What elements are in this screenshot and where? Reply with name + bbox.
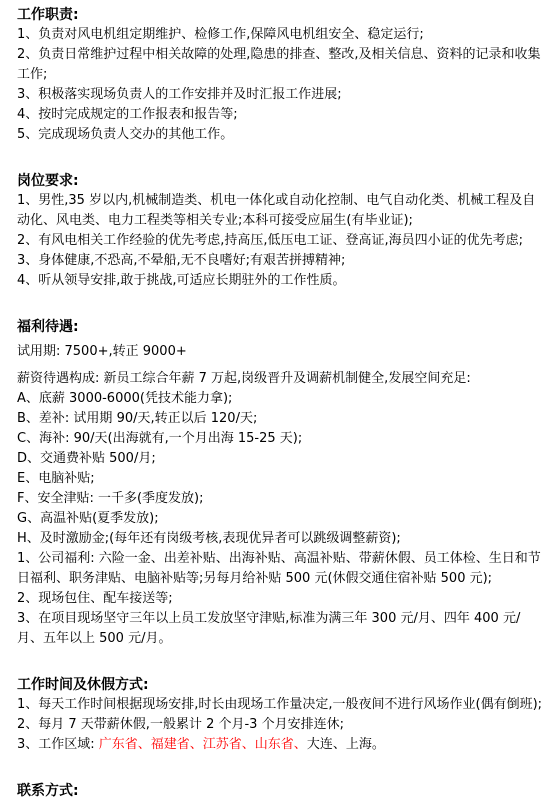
salary-composition-line: 薪资待遇构成: 新员工综合年薪 7 万起,岗级晋升及调薪机制健全,发展空间充足: (17, 369, 546, 389)
allowance-item: B、差补: 试用期 90/天,转正以后 120/天; (17, 409, 546, 429)
schedule-line: 1、每天工作时间根据现场安排,时长由现场工作量决定,一般夜间不进行风场作业(偶有… (17, 695, 546, 715)
job-duty-line: 5、完成现场负责人交办的其他工作。 (17, 125, 546, 145)
contact-heading: 联系方式: (17, 781, 546, 801)
job-duty-line: 1、负责对风电机组定期维护、检修工作,保障风电机组安全、稳定运行; (17, 25, 546, 45)
work-region-highlight: 广东省、福建省、江苏省、山东省、 (99, 737, 307, 752)
section-benefits: 福利待遇: 试用期: 7500+,转正 9000+ 薪资待遇构成: 新员工综合年… (17, 317, 546, 649)
section-job-duties: 工作职责: 1、负责对风电机组定期维护、检修工作,保障风电机组安全、稳定运行; … (17, 5, 546, 145)
job-duty-line: 4、按时完成规定的工作报表和报告等; (17, 105, 546, 125)
work-region-prefix: 3、工作区域: (17, 737, 99, 752)
job-duty-line: 3、积极落实现场负责人的工作安排并及时汇报工作进展; (17, 85, 546, 105)
job-posting-document: 工作职责: 1、负责对风电机组定期维护、检修工作,保障风电机组安全、稳定运行; … (0, 0, 558, 801)
schedule-line: 2、每月 7 天带薪休假,一般累计 2 个月-3 个月安排连休; (17, 715, 546, 735)
requirement-line: 1、男性,35 岁以内,机械制造类、机电一体化或自动化控制、电气自动化类、机械工… (17, 191, 546, 231)
section-schedule: 工作时间及休假方式: 1、每天工作时间根据现场安排,时长由现场工作量决定,一般夜… (17, 675, 546, 755)
allowance-item: A、底薪 3000-6000(凭技术能力拿); (17, 389, 546, 409)
work-region-suffix: 大连、上海。 (307, 737, 385, 752)
requirement-line: 3、身体健康,不恐高,不晕船,无不良嗜好;有艰苦拼搏精神; (17, 251, 546, 271)
job-duty-line: 2、负责日常维护过程中相关故障的处理,隐患的排查、整改,及相关信息、资料的记录和… (17, 45, 546, 85)
salary-line: 试用期: 7500+,转正 9000+ (17, 342, 546, 362)
allowance-item: C、海补: 90/天(出海就有,一个月出海 15-25 天); (17, 429, 546, 449)
requirements-heading: 岗位要求: (17, 171, 546, 191)
section-contact: 联系方式: (17, 781, 546, 801)
allowance-item: H、及时激励金;(每年还有岗级考核,表现优异者可以跳级调整薪资); (17, 529, 546, 549)
requirement-line: 4、听从领导安排,敢于挑战,可适应长期驻外的工作性质。 (17, 271, 546, 291)
welfare-item: 3、在项目现场坚守三年以上员工发放坚守津贴,标准为满三年 300 元/月、四年 … (17, 609, 546, 649)
allowance-item: F、安全津贴: 一千多(季度发放); (17, 489, 546, 509)
schedule-heading: 工作时间及休假方式: (17, 675, 546, 695)
benefits-heading: 福利待遇: (17, 317, 546, 337)
allowance-item: D、交通费补贴 500/月; (17, 449, 546, 469)
allowance-item: E、电脑补贴; (17, 469, 546, 489)
job-duties-heading: 工作职责: (17, 5, 546, 25)
work-region-line: 3、工作区域: 广东省、福建省、江苏省、山东省、大连、上海。 (17, 735, 546, 755)
welfare-item: 1、公司福利: 六险一金、出差补贴、出海补贴、高温补贴、带薪休假、员工体检、生日… (17, 549, 546, 589)
welfare-item: 2、现场包住、配车接送等; (17, 589, 546, 609)
section-requirements: 岗位要求: 1、男性,35 岁以内,机械制造类、机电一体化或自动化控制、电气自动… (17, 171, 546, 291)
requirement-line: 2、有风电相关工作经验的优先考虑,持高压,低压电工证、登高证,海员四小证的优先考… (17, 231, 546, 251)
allowance-item: G、高温补贴(夏季发放); (17, 509, 546, 529)
